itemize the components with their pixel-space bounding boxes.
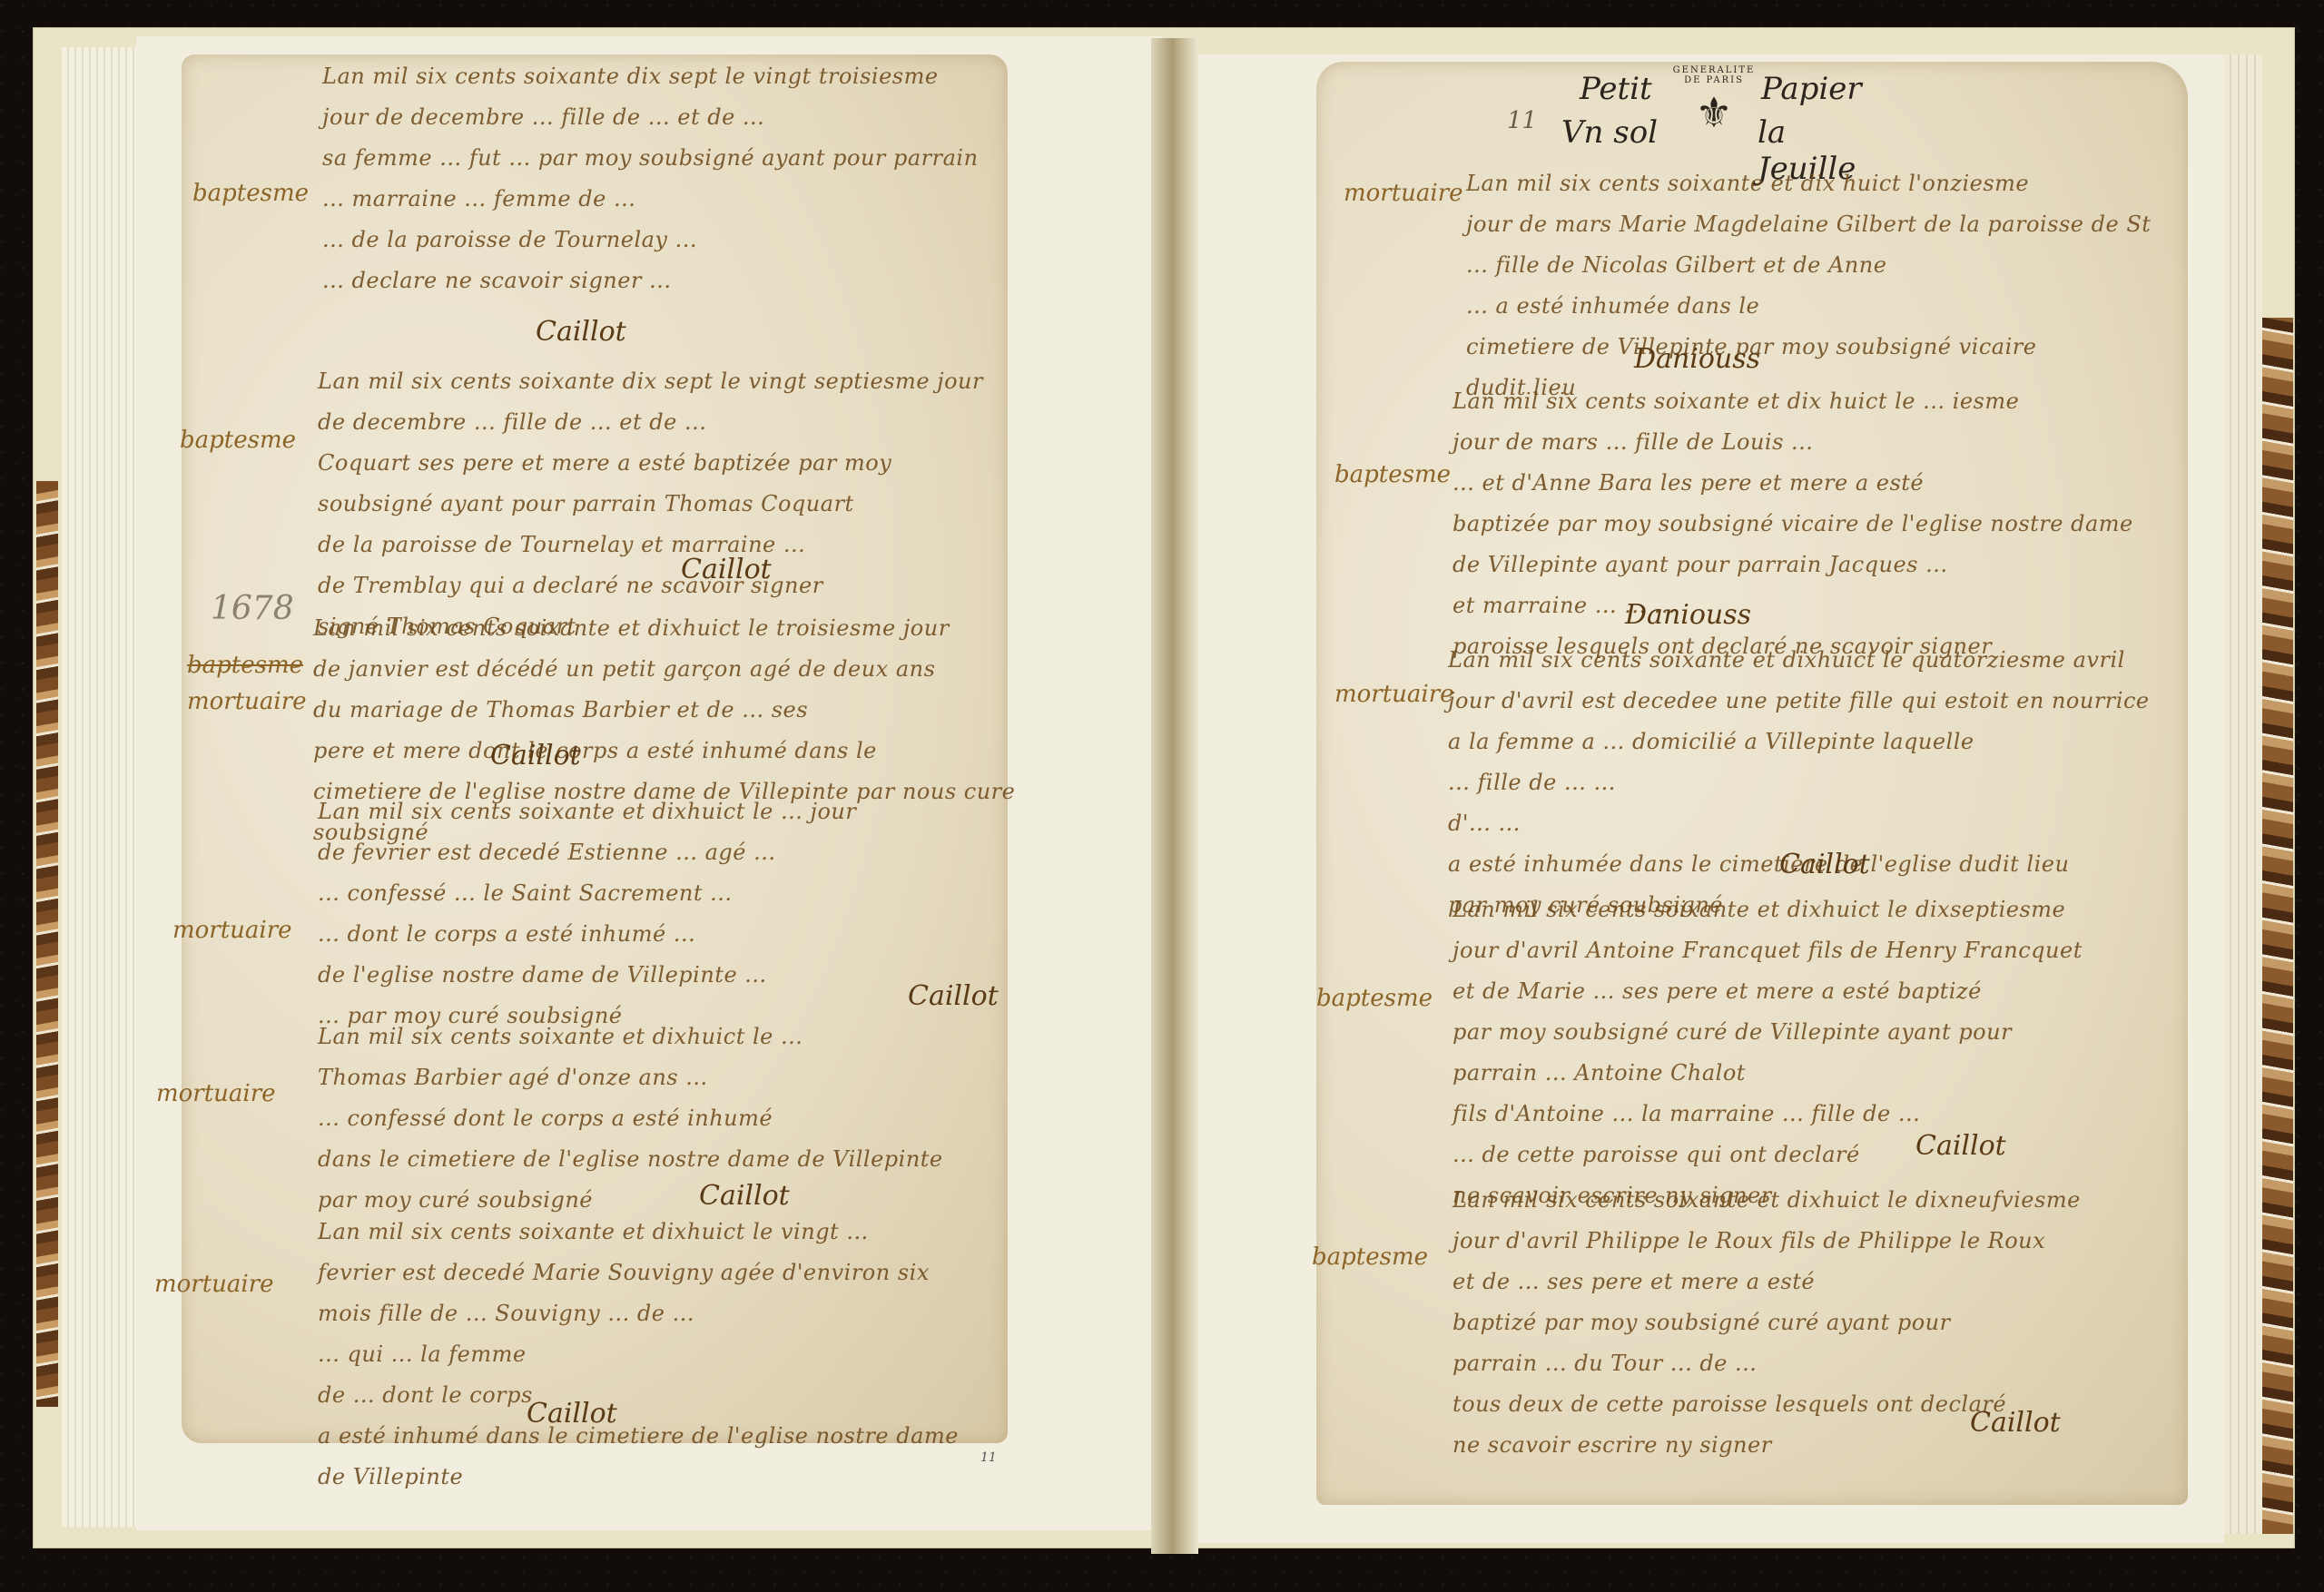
register-entry: Lan mil six cents soixante et dixhuict l… [318, 1212, 959, 1498]
margin-label: mortuaire [1344, 180, 1463, 207]
entry-line: de fevrier est decedé Estienne ... agé .… [318, 832, 856, 873]
margin-label: baptesme [180, 427, 296, 454]
register-entry: Lan mil six cents soixante et dixhuict l… [318, 1017, 943, 1221]
margin-label: baptesme [192, 180, 309, 207]
pencil-page-number: 11 [980, 1450, 997, 1465]
book-gutter [1151, 38, 1198, 1554]
entry-line: jour d'avril est decedee une petite fill… [1448, 681, 2150, 722]
entry-line: de decembre ... fille de ... et de ... [318, 402, 983, 443]
entry-line: jour de mars ... fille de Louis ... [1452, 422, 2133, 463]
margin-label: mortuaire [172, 917, 292, 944]
entry-line: et de ... ses pere et mere a esté [1452, 1262, 2081, 1302]
entry-line: de Tremblay qui a declaré ne scavoir sig… [318, 565, 983, 606]
entry-line: de l'eglise nostre dame de Villepinte ..… [318, 955, 856, 996]
entry-line: jour de decembre ... fille de ... et de … [322, 97, 979, 138]
entry-line: Thomas Barbier agé d'onze ans ... [318, 1057, 943, 1098]
entry-line: soubsigné ayant pour parrain Thomas Coqu… [318, 484, 983, 525]
entry-line: parrain ... Antoine Chalot [1452, 1053, 2083, 1094]
entry-line: fils d'Antoine ... la marraine ... fille… [1452, 1094, 2083, 1135]
entry-line: dans le cimetiere de l'eglise nostre dam… [318, 1139, 943, 1180]
entry-line: fevrier est decedé Marie Souvigny agée d… [318, 1253, 959, 1293]
signature: Caillot [681, 554, 772, 585]
register-entry: Lan mil six cents soixante et dixhuict l… [318, 791, 856, 1037]
entry-line: ... fille de Nicolas Gilbert et de Anne [1466, 245, 2151, 286]
stamp-text-unsol: Vn sol [1561, 114, 1658, 151]
entry-line: de Villepinte ayant pour parrain Jacques… [1452, 545, 2133, 585]
folio-number: 11 [1507, 107, 1537, 134]
marbled-endpaper-left [36, 481, 58, 1407]
entry-line: jour d'avril Philippe le Roux fils de Ph… [1452, 1221, 2081, 1262]
register-entry: Lan mil six cents soixante et dix huict … [1466, 163, 2151, 408]
margin-label: baptesme [1312, 1243, 1428, 1271]
register-entry: Lan mil six cents soixante et dixhuict l… [1452, 889, 2083, 1216]
margin-label: mortuaire [154, 1271, 274, 1298]
register-entry: Lan mil six cents soixante et dixhuict l… [1448, 640, 2150, 926]
entry-line: a esté inhumé dans le cimetiere de l'egl… [318, 1416, 959, 1457]
entry-line: d'... ... [1448, 803, 2150, 844]
entry-line: baptizé par moy soubsigné curé ayant pou… [1452, 1302, 2081, 1343]
entry-line: Lan mil six cents soixante et dixhuict l… [1452, 1180, 2081, 1221]
page-stack-left [62, 47, 143, 1527]
struck-margin-label: baptesme [187, 652, 303, 679]
entry-line: ... a esté inhumée dans le [1466, 286, 2151, 327]
margin-label: mortuaire [187, 688, 307, 715]
entry-line: par moy soubsigné curé de Villepinte aya… [1452, 1012, 2083, 1053]
signature: Caillot [1970, 1407, 2061, 1439]
margin-label: baptesme [1316, 985, 1433, 1012]
entry-line: ... marraine ... femme de ... [322, 179, 979, 220]
entry-line: Lan mil six cents soixante et dix huict … [1466, 163, 2151, 204]
paper-tax-stamp: Petit Papier Vn sol la Jeuille GENERALIT… [1580, 62, 1852, 171]
entry-line: Coquart ses pere et mere a esté baptizée… [318, 443, 983, 484]
register-entry: Lan mil six cents soixante dix sept le v… [322, 56, 979, 301]
register-entry: Lan mil six cents soixante dix sept le v… [318, 361, 983, 647]
margin-label: mortuaire [156, 1080, 276, 1107]
entry-line: jour d'avril Antoine Francquet fils de H… [1452, 930, 2083, 971]
entry-line: ... et d'Anne Bara les pere et mere a es… [1452, 463, 2133, 504]
entry-line: ... confessé ... le Saint Sacrement ... [318, 873, 856, 914]
entry-line: mois fille de ... Souvigny ... de ... [318, 1293, 959, 1334]
signature: Caillot [699, 1180, 790, 1212]
entry-line: ... declare ne scavoir signer ... [322, 260, 979, 301]
entry-line: et marraine ... ... ... [1452, 585, 2133, 626]
signature: Daniouss [1625, 599, 1751, 631]
entry-line: Lan mil six cents soixante et dixhuict l… [318, 1017, 943, 1057]
entry-line: cimetiere de Villepinte par moy soubsign… [1466, 327, 2151, 368]
entry-line: Lan mil six cents soixante et dixhuict l… [318, 791, 856, 832]
signature: Caillot [908, 980, 999, 1012]
entry-line: ... confessé dont le corps a esté inhumé [318, 1098, 943, 1139]
entry-line: parrain ... du Tour ... de ... [1452, 1343, 2081, 1384]
entry-line: et de Marie ... ses pere et mere a esté … [1452, 971, 2083, 1012]
margin-label: mortuaire [1334, 681, 1454, 708]
entry-line: ... dont le corps a esté inhumé ... [318, 914, 856, 955]
entry-line: Lan mil six cents soixante dix sept le v… [318, 361, 983, 402]
entry-line: baptizée par moy soubsigné vicaire de l'… [1452, 504, 2133, 545]
entry-line: ... qui ... la femme [318, 1334, 959, 1375]
entry-line: Lan mil six cents soixante et dixhuict l… [1448, 640, 2150, 681]
signature: Caillot [490, 740, 581, 771]
entry-line: sa femme ... fut ... par moy soubsigné a… [322, 138, 979, 179]
marbled-endpaper-right [2262, 318, 2293, 1534]
entry-line: Lan mil six cents soixante et dixhuict l… [318, 1212, 959, 1253]
signature: Caillot [527, 1398, 617, 1430]
entry-line: ... de la paroisse de Tournelay ... [322, 220, 979, 260]
entry-line: jour de mars Marie Magdelaine Gilbert de… [1466, 204, 2151, 245]
entry-line: pere et mere dont le corps a esté inhumé… [313, 731, 1015, 771]
register-entry: Lan mil six cents soixante et dix huict … [1452, 381, 2133, 667]
stamp-text-petit: Petit [1580, 71, 1652, 107]
entry-line: de la paroisse de Tournelay et marraine … [318, 525, 983, 565]
signature: Caillot [1779, 849, 1870, 880]
entry-line: de Villepinte [318, 1457, 959, 1498]
entry-line: de janvier est décédé un petit garçon ag… [313, 649, 1015, 690]
entry-line: Lan mil six cents soixante et dixhuict l… [313, 608, 1015, 649]
entry-line: a la femme a ... domicilié a Villepinte … [1448, 722, 2150, 762]
fleur-de-lis-icon: ⚜ [1672, 62, 1756, 163]
signature: Caillot [1915, 1130, 2006, 1162]
signature: Daniouss [1634, 343, 1760, 375]
entry-line: Lan mil six cents soixante dix sept le v… [322, 56, 979, 97]
entry-line: de ... dont le corps [318, 1375, 959, 1416]
entry-line: Lan mil six cents soixante et dix huict … [1452, 381, 2133, 422]
entry-line: ... fille de ... ... [1448, 762, 2150, 803]
entry-line: Lan mil six cents soixante et dixhuict l… [1452, 889, 2083, 930]
stamp-text-papier: Papier [1761, 71, 1862, 107]
signature: Caillot [536, 316, 626, 348]
margin-label: baptesme [1334, 461, 1451, 488]
entry-line: du mariage de Thomas Barbier et de ... s… [313, 690, 1015, 731]
year-margin-note: 1678 [211, 590, 294, 627]
